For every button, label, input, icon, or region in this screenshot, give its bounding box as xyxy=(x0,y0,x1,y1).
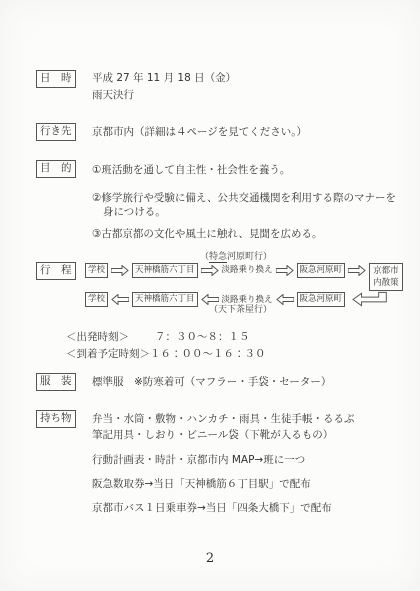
route-node-school: 学校 xyxy=(85,263,108,278)
belongings-line: 筆記用具・しおり・ビニール袋（下靴が入るもの） xyxy=(92,427,333,444)
datetime-rain-note: 雨天決行 xyxy=(92,87,134,104)
route-node-kawaramachi: 阪急河原町 xyxy=(297,263,346,278)
kyoto-line-2: 内散策 xyxy=(373,278,399,288)
purpose-item-1: ①班活動を通して自主性・社会性を養う。 xyxy=(92,162,290,179)
route-node-kawaramachi: 阪急河原町 xyxy=(297,292,346,307)
section-label-purpose: 目 的 xyxy=(36,160,76,178)
datetime-date: 平成 27 年 11 月 18 日（金） xyxy=(92,70,236,87)
belongings-line: 行動計画表・時計・京都市内 MAP→班に一つ xyxy=(92,452,305,469)
document-page: 日 時 平成 27 年 11 月 18 日（金） 雨天決行 行き先 京都市内（詳… xyxy=(0,0,420,591)
section-label-datetime: 日 時 xyxy=(36,70,76,88)
route-node-school: 学校 xyxy=(85,292,108,307)
route-node-awaji-transfer: 淡路乗り換え xyxy=(222,263,273,277)
departure-time-value: ７：３０～８：１５ xyxy=(155,329,250,346)
arrival-time-label: ＜到着予定時刻＞ xyxy=(66,348,150,360)
route-return-note: （天下茶屋行） xyxy=(209,305,272,316)
route-node-tenjinbashi: 天神橋筋六丁目 xyxy=(132,263,198,278)
belongings-line: 阪急数取券→当日「天神橋筋６丁目駅」で配布 xyxy=(92,476,311,493)
route-diagram: （特急河原町行） 学校 天神橋筋六丁目 淡路乗り換え 阪急河原町 京都市内散策 … xyxy=(85,252,415,322)
arrow-right-icon xyxy=(111,265,129,276)
departure-time-label: ＜出発時刻＞ xyxy=(66,331,129,343)
departure-time-row: ＜出発時刻＞７：３０～８：１５ xyxy=(66,329,266,346)
section-label-clothing: 服 装 xyxy=(36,373,76,391)
clothing-text: 標準服 ※防寒着可（マフラー・手袋・セーター） xyxy=(92,374,331,391)
route-node-tenjinbashi: 天神橋筋六丁目 xyxy=(132,292,198,307)
section-label-belongings: 持ち物 xyxy=(36,410,76,428)
arrow-left-icon xyxy=(276,294,294,305)
note-express: 特急 xyxy=(209,252,227,263)
arrow-right-icon xyxy=(276,265,294,276)
note-open: （ xyxy=(200,252,209,262)
purpose-item-3: ③古都京都の文化や風土に触れ、見聞を広める。 xyxy=(92,226,323,243)
kyoto-line-1: 京都市 xyxy=(373,266,399,276)
belongings-line: 京都市バス１日乗車券→当日「四条大橋下」で配布 xyxy=(92,500,332,517)
belongings-line: 弁当・水筒・敷物・ハンカチ・雨具・生徒手帳・るるぶ xyxy=(92,411,355,428)
arrival-time-value: １６：００～１６：３０ xyxy=(150,348,266,360)
arrow-right-icon xyxy=(348,265,366,276)
note-rest: 河原町行） xyxy=(227,252,272,262)
route-outbound-note: （特急河原町行） xyxy=(200,252,272,263)
arrow-right-icon xyxy=(201,265,219,276)
purpose-item-2-line-2: 身につける。 xyxy=(92,204,166,221)
section-label-destination: 行き先 xyxy=(36,123,76,141)
destination-text: 京都市内（詳細は４ページを見てください。） xyxy=(92,124,307,141)
route-outbound-row: 学校 天神橋筋六丁目 淡路乗り換え 阪急河原町 京都市内散策 xyxy=(85,263,403,291)
schedule-times: ＜出発時刻＞７：３０～８：１５ ＜到着予定時刻＞１６：００～１６：３０ xyxy=(66,329,266,363)
arrival-time-row: ＜到着予定時刻＞１６：００～１６：３０ xyxy=(66,346,266,363)
return-bend-arrow-icon xyxy=(352,291,392,308)
page-number: 2 xyxy=(0,551,420,566)
route-node-kyoto-walk: 京都市内散策 xyxy=(369,263,403,291)
arrow-left-icon xyxy=(111,294,129,305)
section-label-route: 行 程 xyxy=(36,262,76,280)
arrow-left-icon xyxy=(201,294,219,305)
